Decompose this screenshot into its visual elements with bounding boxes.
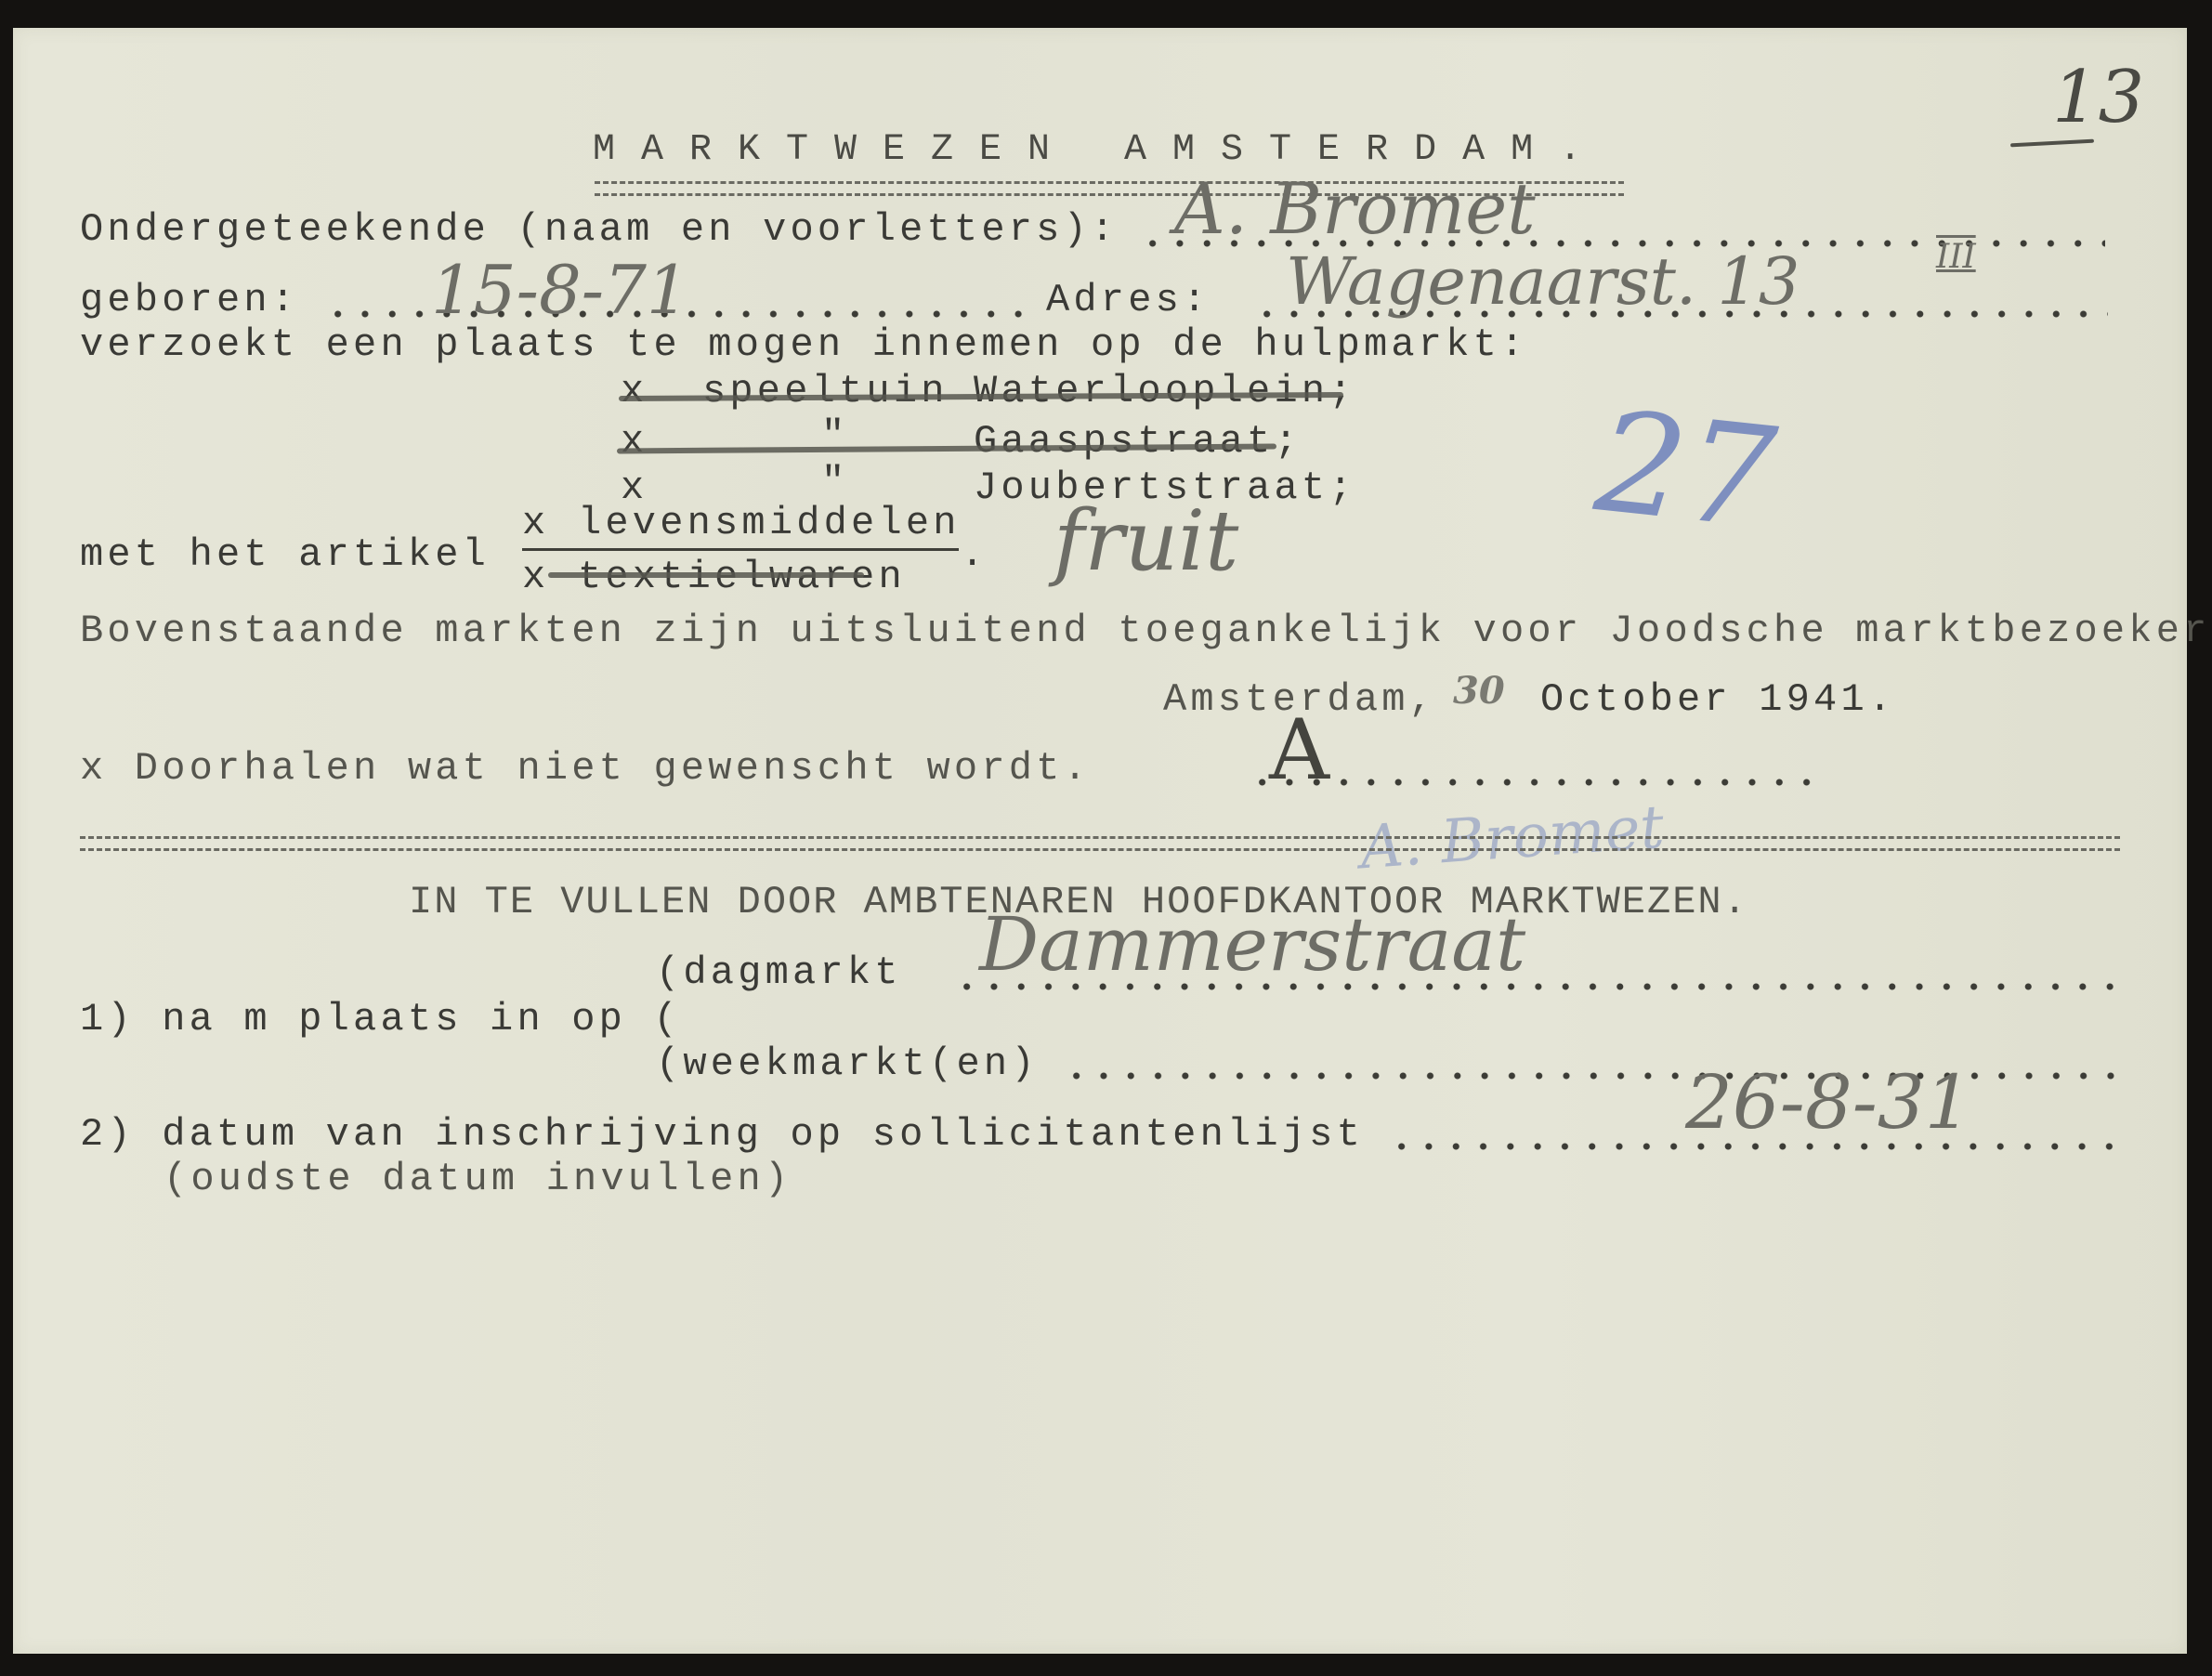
signature-mark: A [1269,701,1329,799]
request-line: verzoekt een plaats te mogen innemen op … [80,325,1527,364]
dagmarkt-value[interactable]: Dammerstraat [979,901,1525,988]
name-value[interactable]: A. Bromet [1174,167,1536,250]
date-month-year: October 1941. [1540,680,1895,719]
section-separator [80,836,2120,851]
side-number: 27 [1589,382,1782,561]
market-name: Waterlooplein; [974,372,1356,411]
dagmarkt-label: (dagmarkt [656,953,902,992]
corner-mark: 13 [2052,56,2144,139]
article-strikethrough [548,572,864,578]
corner-mark-underline [2010,139,2094,148]
market-marker: x [621,372,648,411]
article-fraction-line [522,548,959,551]
born-value[interactable]: 15-8-71 [431,251,689,329]
address-floor: III [1936,238,1976,276]
market-prefix: speeltuin [702,372,949,411]
item2-label: 2) datum van inschrijving op sollicitant… [80,1115,1364,1154]
item2-note: (oudste datum invullen) [164,1159,792,1198]
market-prefix: " [821,463,848,502]
weekmarkt-label: (weekmarkt(en) [656,1044,1039,1083]
notice-text: Bovenstaande markten zijn uitsluitend to… [80,611,2212,650]
strike-note: x Doorhalen wat niet gewenscht wordt. [80,749,1091,788]
index-card: MARKTWEZEN AMSTERDAM. 13 Ondergeteekende… [13,28,2187,1654]
address-value[interactable]: Wagenaarst. 13 [1286,243,1800,320]
article-handwritten[interactable]: fruit [1054,492,1238,590]
born-label: geboren: [80,281,298,320]
date-day[interactable]: 30 [1453,669,1505,713]
article-option-marker: x [522,557,549,596]
document-title: MARKTWEZEN AMSTERDAM. [593,132,1607,169]
signature-dotted-line [1249,779,1825,786]
article-option-text: levensmiddelen [578,504,961,543]
name-label: Ondergeteekende (naam en voorletters): [80,210,1118,249]
article-period: . [961,535,988,574]
article-label: met het artikel [80,535,490,574]
market-marker: x [621,422,648,461]
article-option-marker: x [522,504,549,543]
item1-label: 1) na m plaats in op ( [80,1000,681,1039]
market-name: Gaaspstraat; [974,422,1302,461]
address-label: Adres: [1046,281,1210,320]
item2-value[interactable]: 26-8-31 [1685,1059,1972,1146]
